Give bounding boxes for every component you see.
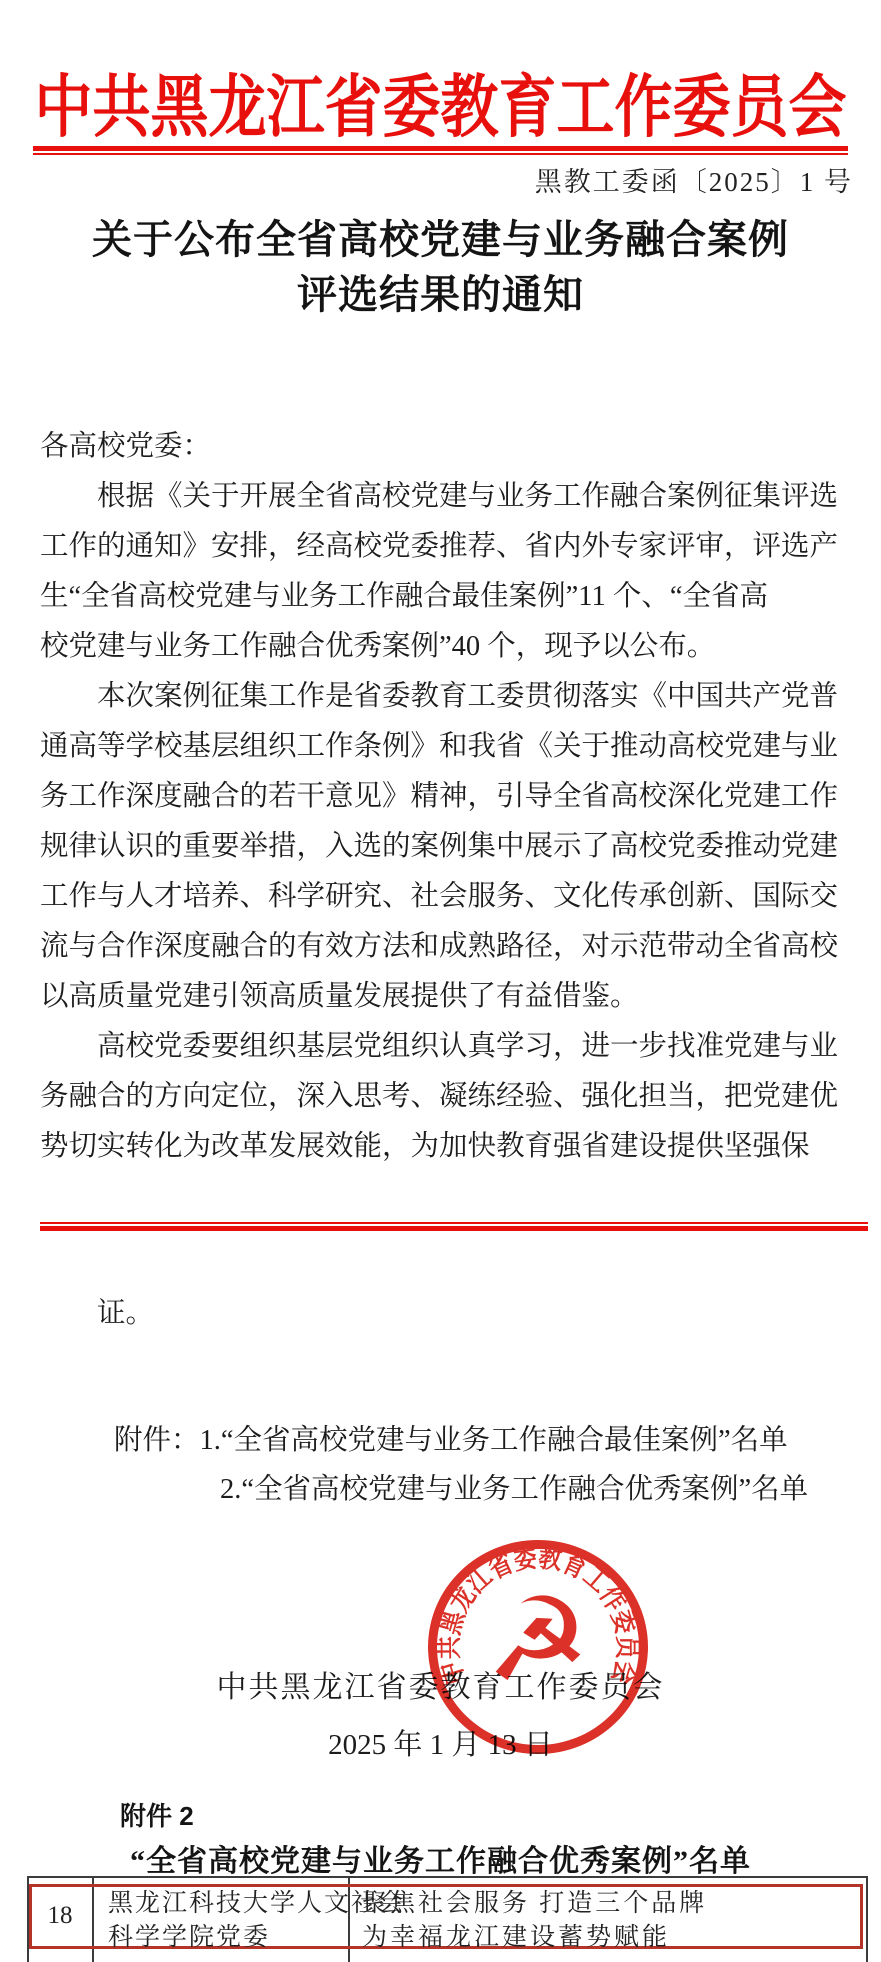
text-line: 势切实转化为改革发展效能，为加快教育强省建设提供坚强保 <box>40 1122 848 1172</box>
continuation-text: 证。 <box>97 1290 154 1331</box>
text-line: 以高质量党建引领高质量发展提供了有益借鉴。 <box>40 972 848 1022</box>
text-line: 本次案例征集工作是省委教育工委贯彻落实《中国共产党普 <box>40 672 848 722</box>
attachment-item-2: 2.“全省高校党建与业务工作融合优秀案例”名单 <box>220 1465 808 1514</box>
letterhead-org-title: 中共黑龙江省委教育工作委员会 <box>0 69 881 148</box>
row-org-cell: 黑龙江科技大学人文社会科学学院党委 <box>108 1887 405 1955</box>
paragraph-3: 高校党委要组织基层党组织认真学习，进一步找准党建与业务融合的方向定位，深入思考、… <box>40 1022 848 1172</box>
attachment2-table-title: “全省高校党建与业务工作融合优秀案例”名单 <box>0 1836 881 1880</box>
notice-title-line1: 关于公布全省高校党建与业务融合案例 <box>0 212 881 267</box>
text-line: 规律认识的重要举措，入选的案例集中展示了高校党委推动党建 <box>40 822 848 872</box>
text-line: 生“全省高校党建与业务工作融合最佳案例”11 个、“全省高 <box>40 572 848 622</box>
notice-body: 各高校党委： 根据《关于开展全省高校党建与业务工作融合案例征集评选工作的通知》安… <box>40 422 848 1172</box>
salutation: 各高校党委： <box>40 422 848 472</box>
official-seal: 中共黑龙江省委教育工作委员会 ☭ <box>428 1540 648 1754</box>
attachment-list: 附件：1.“全省高校党建与业务工作融合最佳案例”名单 2.“全省高校党建与业务工… <box>114 1416 808 1514</box>
row-case-cell: 聚焦社会服务 打造三个品牌为幸福龙江建设蓄势赋能 <box>362 1887 707 1955</box>
text-line: 校党建与业务工作融合优秀案例”40 个，现予以公布。 <box>40 622 848 672</box>
doc-number: 黑教工委函〔2025〕1 号 <box>535 160 853 199</box>
text-line: 务融合的方向定位，深入思考、凝练经验、强化担当，把党建优 <box>40 1072 848 1122</box>
text-line: 聚焦社会服务 打造三个品牌 <box>362 1887 707 1921</box>
document-page: 中共黑龙江省委教育工作委员会 黑教工委函〔2025〕1 号 关于公布全省高校党建… <box>0 0 881 1962</box>
notice-title: 关于公布全省高校党建与业务融合案例 评选结果的通知 <box>0 212 881 322</box>
attachment2-label: 附件 2 <box>120 1796 194 1833</box>
awards-table: 18 黑龙江科技大学人文社会科学学院党委 聚焦社会服务 打造三个品牌为幸福龙江建… <box>0 1876 881 1962</box>
text-line: 流与合作深度融合的有效方法和成熟路径，对示范带动全省高校 <box>40 922 848 972</box>
hammer-sickle-icon: ☭ <box>486 1583 590 1699</box>
text-line: 务工作深度融合的若干意见》精神，引导全省高校深化党建工作 <box>40 772 848 822</box>
divider-thick-line <box>33 146 848 151</box>
divider-thin-line <box>33 153 848 155</box>
text-line: 工作的通知》安排，经高校党委推荐、省内外专家评审，评选产 <box>40 522 848 572</box>
text-line: 黑龙江科技大学人文社会 <box>108 1887 405 1921</box>
text-line: 科学学院党委 <box>108 1921 405 1955</box>
row-number-cell: 18 <box>27 1902 93 1930</box>
letterhead-divider <box>33 146 848 155</box>
text-line: 根据《关于开展全省高校党建与业务工作融合案例征集评选 <box>40 472 848 522</box>
text-line: 为幸福龙江建设蓄势赋能 <box>362 1921 707 1955</box>
text-line: 工作与人才培养、科学研究、社会服务、文化传承创新、国际交 <box>40 872 848 922</box>
paragraph-1: 根据《关于开展全省高校党建与业务工作融合案例征集评选工作的通知》安排，经高校党委… <box>40 472 848 672</box>
paragraph-2: 本次案例征集工作是省委教育工委贯彻落实《中国共产党普通高等学校基层组织工作条例》… <box>40 672 848 1022</box>
table-right-border <box>866 1876 868 1962</box>
page-break-separator <box>40 1222 868 1231</box>
separator-thick-line <box>40 1226 868 1231</box>
separator-thin-line <box>40 1222 868 1224</box>
attachment-item-1: 附件：1.“全省高校党建与业务工作融合最佳案例”名单 <box>114 1416 808 1465</box>
text-line: 高校党委要组织基层党组织认真学习，进一步找准党建与业 <box>40 1022 848 1072</box>
text-line: 通高等学校基层组织工作条例》和我省《关于推动高校党建与业 <box>40 722 848 772</box>
notice-title-line2: 评选结果的通知 <box>0 267 881 322</box>
table-top-border <box>27 1876 868 1878</box>
